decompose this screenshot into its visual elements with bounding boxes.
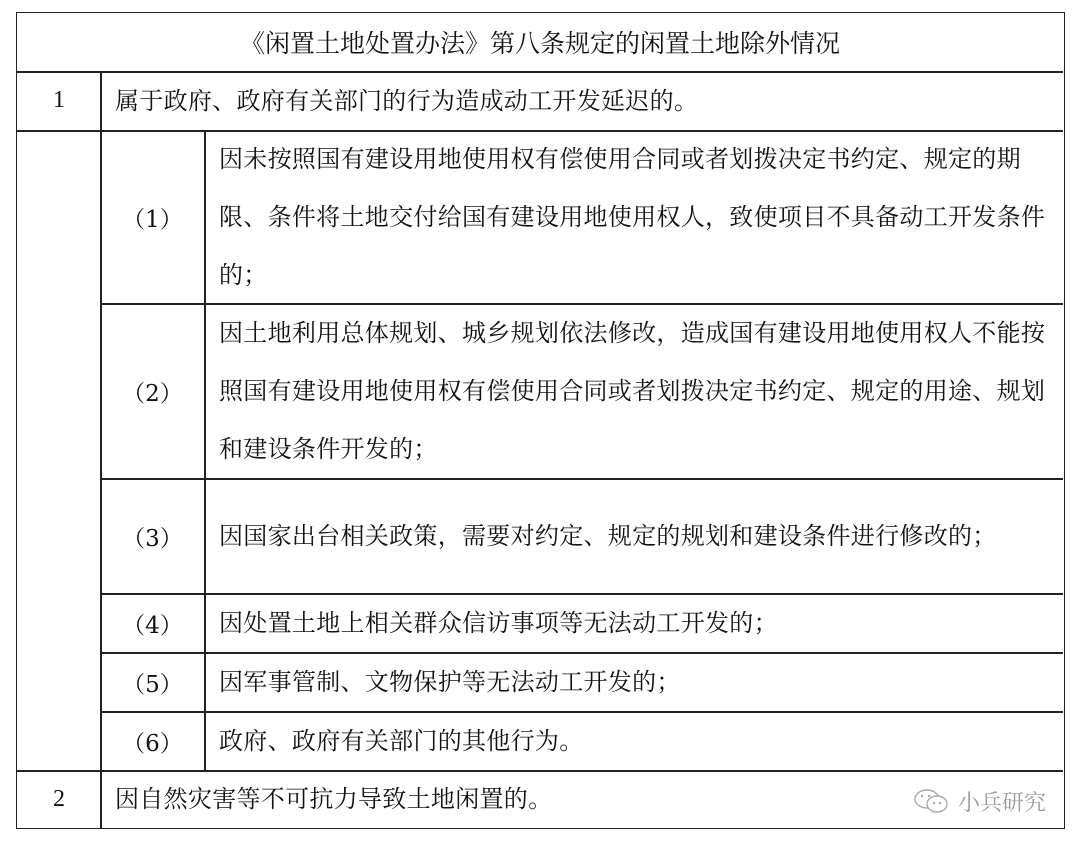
subitem-label: （5） bbox=[101, 653, 204, 711]
subitem-label: （4） bbox=[101, 594, 204, 652]
row-number: 1 bbox=[17, 71, 101, 130]
subitem-text: 因军事管制、文物保护等无法动工开发的； bbox=[205, 653, 1063, 711]
subitem-label: （2） bbox=[101, 304, 204, 478]
watermark: 小兵研究 bbox=[912, 786, 1046, 817]
wechat-icon bbox=[912, 787, 952, 817]
subitem-text: 因处置土地上相关群众信访事项等无法动工开发的； bbox=[205, 594, 1063, 652]
subitem-text: 因未按照国有建设用地使用权有偿使用合同或者划拨决定书约定、规定的期限、条件将土地… bbox=[205, 131, 1063, 303]
subitem-label: （6） bbox=[101, 712, 204, 770]
exclusion-table: 《闲置土地处置办法》第八条规定的闲置土地除外情况 1 属于政府、政府有关部门的行… bbox=[16, 12, 1065, 829]
subitem-text: 因土地利用总体规划、城乡规划依法修改，造成国有建设用地使用权人不能按照国有建设用… bbox=[205, 304, 1063, 478]
subitem-label: （3） bbox=[101, 479, 204, 593]
watermark-text: 小兵研究 bbox=[958, 786, 1046, 817]
subitem-text: 政府、政府有关部门的其他行为。 bbox=[205, 712, 1063, 770]
subitem-text: 因国家出台相关政策，需要对约定、规定的规划和建设条件进行修改的； bbox=[205, 479, 1063, 593]
row-text: 属于政府、政府有关部门的行为造成动工开发延迟的。 bbox=[101, 71, 1063, 130]
subitem-label: （1） bbox=[101, 131, 204, 303]
row-number: 2 bbox=[17, 771, 101, 827]
table-title: 《闲置土地处置办法》第八条规定的闲置土地除外情况 bbox=[17, 13, 1063, 71]
